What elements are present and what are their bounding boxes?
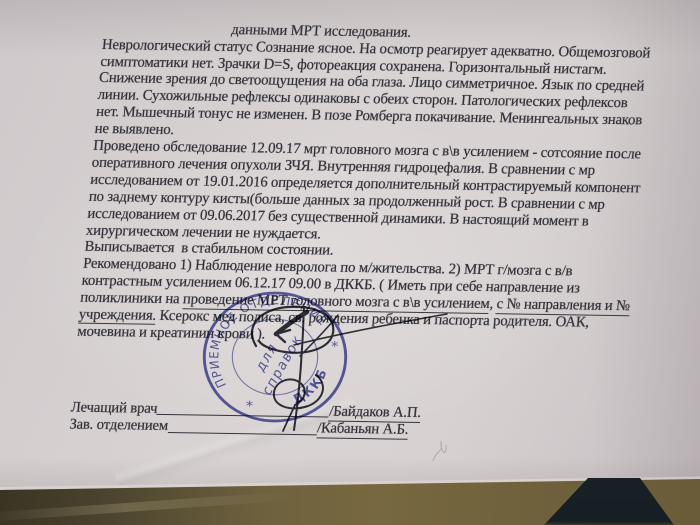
- signature-label: Зав. отделением: [69, 417, 169, 435]
- pencil-scribble: [425, 435, 465, 470]
- text-segment: не выявлено.: [94, 121, 175, 138]
- signature-label: Лечащий врач: [70, 399, 158, 417]
- underlined-text: учреждения.: [78, 307, 157, 326]
- text-segment: данными МРТ исследования.: [231, 22, 412, 41]
- handwritten-signature-ink: [200, 290, 470, 450]
- text-segment: поликлиники на: [80, 290, 184, 308]
- photographed-document: данными МРТ исследования.Неврологический…: [0, 0, 700, 525]
